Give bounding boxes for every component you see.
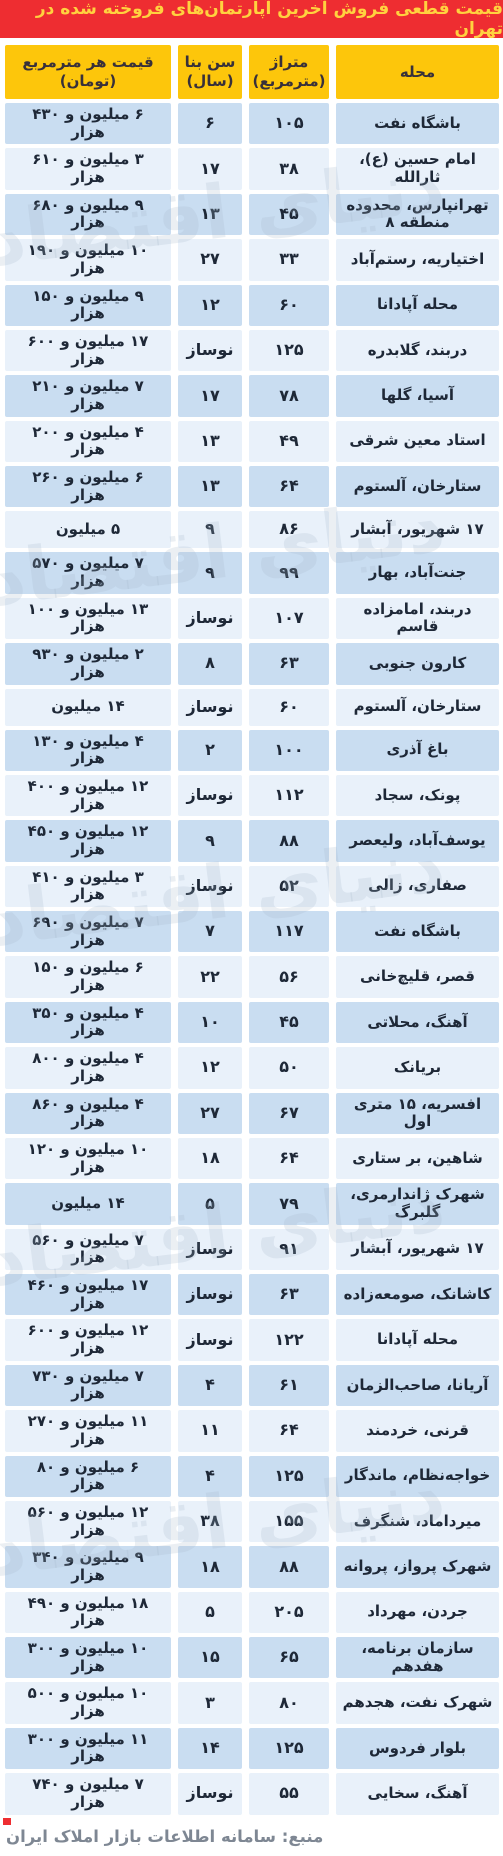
table-row: شهرک ژاندارمری، گلبرگ۷۹۵۱۴ میلیون (4, 1183, 499, 1224)
price-cell: ۱۰ میلیون و ۱۲۰ هزار (5, 1138, 171, 1179)
table-row: ۱۷ شهریور، آبشار۹۱نوساز۷ میلیون و ۵۶۰ هز… (4, 1229, 499, 1270)
price-cell: ۳ میلیون و ۶۱۰ هزار (5, 148, 171, 189)
table-row: کارون جنوبی۶۳۸۲ میلیون و ۹۳۰ هزار (4, 643, 499, 684)
table-row: میرداماد، شنگرف۱۵۵۳۸۱۲ میلیون و ۵۶۰ هزار (4, 1501, 499, 1542)
area-cell: ۱۰۷ (249, 598, 329, 639)
neighborhood-cell: شاهین، بر ستاری (336, 1138, 499, 1179)
table-row: کاشانک، صومعه‌زاده۶۳نوساز۱۷ میلیون و ۴۶۰… (4, 1274, 499, 1315)
area-cell: ۱۲۵ (249, 1456, 329, 1497)
area-cell: ۴۵ (249, 1002, 329, 1043)
neighborhood-cell: بریانک (336, 1047, 499, 1088)
age-cell: ۱۲ (178, 1047, 242, 1088)
table-row: باغ آذری۱۰۰۲۴ میلیون و ۱۳۰ هزار (4, 730, 499, 771)
age-cell: ۸ (178, 643, 242, 684)
table-row: باشگاه نفت۱۱۷۷۷ میلیون و ۶۹۰ هزار (4, 911, 499, 952)
age-cell: نوساز (178, 1229, 242, 1270)
table-row: یوسف‌آباد، ولیعصر۸۸۹۱۲ میلیون و ۴۵۰ هزار (4, 820, 499, 861)
price-cell: ۴ میلیون و ۸۶۰ هزار (5, 1093, 171, 1134)
age-cell: ۱۲ (178, 285, 242, 326)
age-cell: ۱۳ (178, 466, 242, 507)
neighborhood-cell: قصر، قلیچ‌خانی (336, 956, 499, 997)
area-cell: ۱۱۷ (249, 911, 329, 952)
age-cell: نوساز (178, 330, 242, 371)
area-cell: ۶۷ (249, 1093, 329, 1134)
age-cell: نوساز (178, 775, 242, 816)
neighborhood-cell: بلوار فردوس (336, 1728, 499, 1769)
price-cell: ۴ میلیون و ۲۰۰ هزار (5, 421, 171, 462)
neighborhood-cell: شهرک نفت، هجدهم (336, 1682, 499, 1723)
age-cell: ۱۷ (178, 148, 242, 189)
age-cell: ۲۷ (178, 1093, 242, 1134)
table-row: اختیاریه، رستم‌آباد۳۳۲۷۱۰ میلیون و ۱۹۰ ه… (4, 239, 499, 280)
age-cell: ۲ (178, 730, 242, 771)
table-row: شهرک نفت، هجدهم۸۰۳۱۰ میلیون و ۵۰۰ هزار (4, 1682, 499, 1723)
area-cell: ۱۰۰ (249, 730, 329, 771)
age-cell: ۱۸ (178, 1138, 242, 1179)
area-cell: ۳۳ (249, 239, 329, 280)
table-row: ۱۷ شهریور، آبشار۸۶۹۵ میلیون (4, 511, 499, 548)
neighborhood-cell: خواجه‌نظام، ماندگار (336, 1456, 499, 1497)
area-cell: ۵۰ (249, 1047, 329, 1088)
area-cell: ۶۳ (249, 1274, 329, 1315)
price-cell: ۱۸ میلیون و ۴۹۰ هزار (5, 1592, 171, 1633)
price-cell: ۶ میلیون و ۱۵۰ هزار (5, 956, 171, 997)
table-row: جردن، مهرداد۲۰۵۵۱۸ میلیون و ۴۹۰ هزار (4, 1592, 499, 1633)
neighborhood-cell: یوسف‌آباد، ولیعصر (336, 820, 499, 861)
price-cell: ۱۲ میلیون و ۴۵۰ هزار (5, 820, 171, 861)
age-cell: ۱۴ (178, 1728, 242, 1769)
table-row: شهرک پرواز، پروانه۸۸۱۸۹ میلیون و ۳۴۰ هزا… (4, 1546, 499, 1587)
neighborhood-cell: باشگاه نفت (336, 103, 499, 144)
table-row: آریانا، صاحب‌الزمان۶۱۴۷ میلیون و ۷۳۰ هزا… (4, 1365, 499, 1406)
price-cell: ۴ میلیون و ۸۰۰ هزار (5, 1047, 171, 1088)
neighborhood-cell: آهنگ، محلاتی (336, 1002, 499, 1043)
neighborhood-cell: قرنی، خردمند (336, 1410, 499, 1451)
neighborhood-cell: دربند، امامزاده قاسم (336, 598, 499, 639)
neighborhood-cell: محله آپادانا (336, 285, 499, 326)
area-cell: ۶۰ (249, 285, 329, 326)
age-cell: ۱۰ (178, 1002, 242, 1043)
area-cell: ۹۱ (249, 1229, 329, 1270)
price-cell: ۷ میلیون و ۶۹۰ هزار (5, 911, 171, 952)
age-cell: نوساز (178, 1319, 242, 1360)
age-cell: نوساز (178, 866, 242, 907)
table-row: امام حسین (ع)، ثارالله۳۸۱۷۳ میلیون و ۶۱۰… (4, 148, 499, 189)
table-row: جنت‌آباد، بهار۹۹۹۷ میلیون و ۵۷۰ هزار (4, 552, 499, 593)
table-body: باشگاه نفت۱۰۵۶۶ میلیون و ۴۳۰ هزارامام حس… (4, 103, 499, 1815)
price-cell: ۱۱ میلیون و ۲۷۰ هزار (5, 1410, 171, 1451)
age-cell: ۵ (178, 1592, 242, 1633)
table-row: باشگاه نفت۱۰۵۶۶ میلیون و ۴۳۰ هزار (4, 103, 499, 144)
area-cell: ۶۳ (249, 643, 329, 684)
price-cell: ۱۴ میلیون (5, 1183, 171, 1224)
area-cell: ۱۵۵ (249, 1501, 329, 1542)
price-cell: ۵ میلیون (5, 511, 171, 548)
area-cell: ۵۶ (249, 956, 329, 997)
neighborhood-cell: اختیاریه، رستم‌آباد (336, 239, 499, 280)
area-cell: ۴۵ (249, 194, 329, 235)
area-cell: ۶۴ (249, 466, 329, 507)
neighborhood-cell: جنت‌آباد، بهار (336, 552, 499, 593)
table-row: آهنگ، محلاتی۴۵۱۰۴ میلیون و ۳۵۰ هزار (4, 1002, 499, 1043)
price-cell: ۱۲ میلیون و ۶۰۰ هزار (5, 1319, 171, 1360)
area-cell: ۵۲ (249, 866, 329, 907)
price-cell: ۱۰ میلیون و ۵۰۰ هزار (5, 1682, 171, 1723)
price-cell: ۱۷ میلیون و ۶۰۰ هزار (5, 330, 171, 371)
area-cell: ۱۰۵ (249, 103, 329, 144)
price-cell: ۷ میلیون و ۷۳۰ هزار (5, 1365, 171, 1406)
area-cell: ۶۰ (249, 689, 329, 726)
neighborhood-cell: پونک، سجاد (336, 775, 499, 816)
area-cell: ۸۰ (249, 1682, 329, 1723)
age-cell: ۱۵ (178, 1637, 242, 1678)
column-header-2: سن بنا(سال) (178, 45, 242, 99)
price-cell: ۳ میلیون و ۴۱۰ هزار (5, 866, 171, 907)
area-cell: ۹۹ (249, 552, 329, 593)
neighborhood-cell: شهرک ژاندارمری، گلبرگ (336, 1183, 499, 1224)
neighborhood-cell: صفاری، زالی (336, 866, 499, 907)
table-row: محله آپادانا۶۰۱۲۹ میلیون و ۱۵۰ هزار (4, 285, 499, 326)
age-cell: ۱۸ (178, 1546, 242, 1587)
area-cell: ۸۸ (249, 820, 329, 861)
table-row: سازمان برنامه، هفدهم۶۵۱۵۱۰ میلیون و ۳۰۰ … (4, 1637, 499, 1678)
table-row: دربند، گلابدره۱۲۵نوساز۱۷ میلیون و ۶۰۰ هز… (4, 330, 499, 371)
table-row: ستارخان، آلستوم۶۰نوساز۱۴ میلیون (4, 689, 499, 726)
area-cell: ۱۲۵ (249, 1728, 329, 1769)
table-row: صفاری، زالی۵۲نوساز۳ میلیون و ۴۱۰ هزار (4, 866, 499, 907)
age-cell: ۱۳ (178, 194, 242, 235)
price-cell: ۱۴ میلیون (5, 689, 171, 726)
area-cell: ۴۹ (249, 421, 329, 462)
area-cell: ۵۵ (249, 1773, 329, 1814)
table-row: شاهین، بر ستاری۶۴۱۸۱۰ میلیون و ۱۲۰ هزار (4, 1138, 499, 1179)
age-cell: ۱۱ (178, 1410, 242, 1451)
neighborhood-cell: آسیا، گلها (336, 375, 499, 416)
area-cell: ۳۸ (249, 148, 329, 189)
area-cell: ۸۸ (249, 1546, 329, 1587)
age-cell: ۷ (178, 911, 242, 952)
price-cell: ۱۰ میلیون و ۳۰۰ هزار (5, 1637, 171, 1678)
price-cell: ۷ میلیون و ۷۴۰ هزار (5, 1773, 171, 1814)
age-cell: ۵ (178, 1183, 242, 1224)
table-row: افسریه، ۱۵ متری اول۶۷۲۷۴ میلیون و ۸۶۰ هز… (4, 1093, 499, 1134)
price-cell: ۷ میلیون و ۵۶۰ هزار (5, 1229, 171, 1270)
price-cell: ۱۳ میلیون و ۱۰۰ هزار (5, 598, 171, 639)
table-row: پونک، سجاد۱۱۲نوساز۱۲ میلیون و ۴۰۰ هزار (4, 775, 499, 816)
price-cell: ۲ میلیون و ۹۳۰ هزار (5, 643, 171, 684)
table-row: بلوار فردوس۱۲۵۱۴۱۱ میلیون و ۳۰۰ هزار (4, 1728, 499, 1769)
neighborhood-cell: ۱۷ شهریور، آبشار (336, 1229, 499, 1270)
neighborhood-cell: استاد معین شرقی (336, 421, 499, 462)
age-cell: ۲۷ (178, 239, 242, 280)
column-header-0: محله (336, 45, 499, 99)
neighborhood-cell: آریانا، صاحب‌الزمان (336, 1365, 499, 1406)
neighborhood-cell: محله آپادانا (336, 1319, 499, 1360)
table-row: آسیا، گلها۷۸۱۷۷ میلیون و ۲۱۰ هزار (4, 375, 499, 416)
price-table: محلهمتراژ(مترمربع)سن بنا(سال)قیمت هر متر… (0, 45, 503, 1815)
neighborhood-cell: دربند، گلابدره (336, 330, 499, 371)
price-cell: ۷ میلیون و ۵۷۰ هزار (5, 552, 171, 593)
table-row: محله آپادانا۱۲۲نوساز۱۲ میلیون و ۶۰۰ هزار (4, 1319, 499, 1360)
age-cell: ۶ (178, 103, 242, 144)
price-cell: ۴ میلیون و ۳۵۰ هزار (5, 1002, 171, 1043)
neighborhood-cell: باشگاه نفت (336, 911, 499, 952)
age-cell: ۴ (178, 1365, 242, 1406)
age-cell: ۹ (178, 820, 242, 861)
neighborhood-cell: باغ آذری (336, 730, 499, 771)
neighborhood-cell: ستارخان، آلستوم (336, 689, 499, 726)
price-cell: ۴ میلیون و ۱۳۰ هزار (5, 730, 171, 771)
age-cell: نوساز (178, 1274, 242, 1315)
neighborhood-cell: سازمان برنامه، هفدهم (336, 1637, 499, 1678)
price-cell: ۶ میلیون و ۸۰ هزار (5, 1456, 171, 1497)
neighborhood-cell: امام حسین (ع)، ثارالله (336, 148, 499, 189)
price-cell: ۹ میلیون و ۱۵۰ هزار (5, 285, 171, 326)
neighborhood-cell: ۱۷ شهریور، آبشار (336, 511, 499, 548)
age-cell: ۲۲ (178, 956, 242, 997)
neighborhood-cell: میرداماد، شنگرف (336, 1501, 499, 1542)
neighborhood-cell: آهنگ، سخایی (336, 1773, 499, 1814)
area-cell: ۷۹ (249, 1183, 329, 1224)
table-row: ستارخان، آلستوم۶۴۱۳۶ میلیون و ۲۶۰ هزار (4, 466, 499, 507)
price-cell: ۱۱ میلیون و ۳۰۰ هزار (5, 1728, 171, 1769)
table-title-banner: قیمت قطعی فروش آخرین آپارتمان‌های فروخته… (0, 0, 503, 38)
area-cell: ۶۴ (249, 1138, 329, 1179)
price-cell: ۹ میلیون و ۶۸۰ هزار (5, 194, 171, 235)
area-cell: ۱۲۲ (249, 1319, 329, 1360)
area-cell: ۶۴ (249, 1410, 329, 1451)
price-cell: ۷ میلیون و ۲۱۰ هزار (5, 375, 171, 416)
page-title: قیمت قطعی فروش آخرین آپارتمان‌های فروخته… (0, 0, 503, 39)
table-row: استاد معین شرقی۴۹۱۳۴ میلیون و ۲۰۰ هزار (4, 421, 499, 462)
price-cell: ۶ میلیون و ۲۶۰ هزار (5, 466, 171, 507)
area-cell: ۱۱۲ (249, 775, 329, 816)
table-row: قرنی، خردمند۶۴۱۱۱۱ میلیون و ۲۷۰ هزار (4, 1410, 499, 1451)
age-cell: ۴ (178, 1456, 242, 1497)
column-header-3: قیمت هر مترمربع (تومان) (5, 45, 171, 99)
age-cell: ۱۷ (178, 375, 242, 416)
area-cell: ۷۸ (249, 375, 329, 416)
price-cell: ۹ میلیون و ۳۴۰ هزار (5, 1546, 171, 1587)
neighborhood-cell: تهرانپارس، محدوده منطقه ۸ (336, 194, 499, 235)
age-cell: نوساز (178, 1773, 242, 1814)
area-cell: ۱۲۵ (249, 330, 329, 371)
source-text: منبع: سامانه اطلاعات بازار املاک ایران (6, 1827, 497, 1846)
area-cell: ۶۱ (249, 1365, 329, 1406)
neighborhood-cell: شهرک پرواز، پروانه (336, 1546, 499, 1587)
neighborhood-cell: کارون جنوبی (336, 643, 499, 684)
source-footer: منبع: سامانه اطلاعات بازار املاک ایران (0, 1827, 503, 1856)
header-row: محلهمتراژ(مترمربع)سن بنا(سال)قیمت هر متر… (4, 45, 499, 99)
price-cell: ۱۷ میلیون و ۴۶۰ هزار (5, 1274, 171, 1315)
age-cell: ۱۳ (178, 421, 242, 462)
age-cell: نوساز (178, 598, 242, 639)
age-cell: ۳ (178, 1682, 242, 1723)
neighborhood-cell: افسریه، ۱۵ متری اول (336, 1093, 499, 1134)
price-cell: ۱۰ میلیون و ۱۹۰ هزار (5, 239, 171, 280)
table-row: خواجه‌نظام، ماندگار۱۲۵۴۶ میلیون و ۸۰ هزا… (4, 1456, 499, 1497)
table-row: آهنگ، سخایی۵۵نوساز۷ میلیون و ۷۴۰ هزار (4, 1773, 499, 1814)
table-row: قصر، قلیچ‌خانی۵۶۲۲۶ میلیون و ۱۵۰ هزار (4, 956, 499, 997)
age-cell: ۹ (178, 511, 242, 548)
table-row: تهرانپارس، محدوده منطقه ۸۴۵۱۳۹ میلیون و … (4, 194, 499, 235)
neighborhood-cell: ستارخان، آلستوم (336, 466, 499, 507)
red-square-marker (3, 1818, 11, 1825)
table-row: بریانک۵۰۱۲۴ میلیون و ۸۰۰ هزار (4, 1047, 499, 1088)
price-cell: ۱۲ میلیون و ۴۰۰ هزار (5, 775, 171, 816)
neighborhood-cell: کاشانک، صومعه‌زاده (336, 1274, 499, 1315)
area-cell: ۸۶ (249, 511, 329, 548)
table-row: دربند، امامزاده قاسم۱۰۷نوساز۱۳ میلیون و … (4, 598, 499, 639)
area-cell: ۶۵ (249, 1637, 329, 1678)
neighborhood-cell: جردن، مهرداد (336, 1592, 499, 1633)
column-header-1: متراژ(مترمربع) (249, 45, 329, 99)
price-cell: ۶ میلیون و ۴۳۰ هزار (5, 103, 171, 144)
area-cell: ۲۰۵ (249, 1592, 329, 1633)
price-cell: ۱۲ میلیون و ۵۶۰ هزار (5, 1501, 171, 1542)
age-cell: ۹ (178, 552, 242, 593)
age-cell: نوساز (178, 689, 242, 726)
age-cell: ۳۸ (178, 1501, 242, 1542)
